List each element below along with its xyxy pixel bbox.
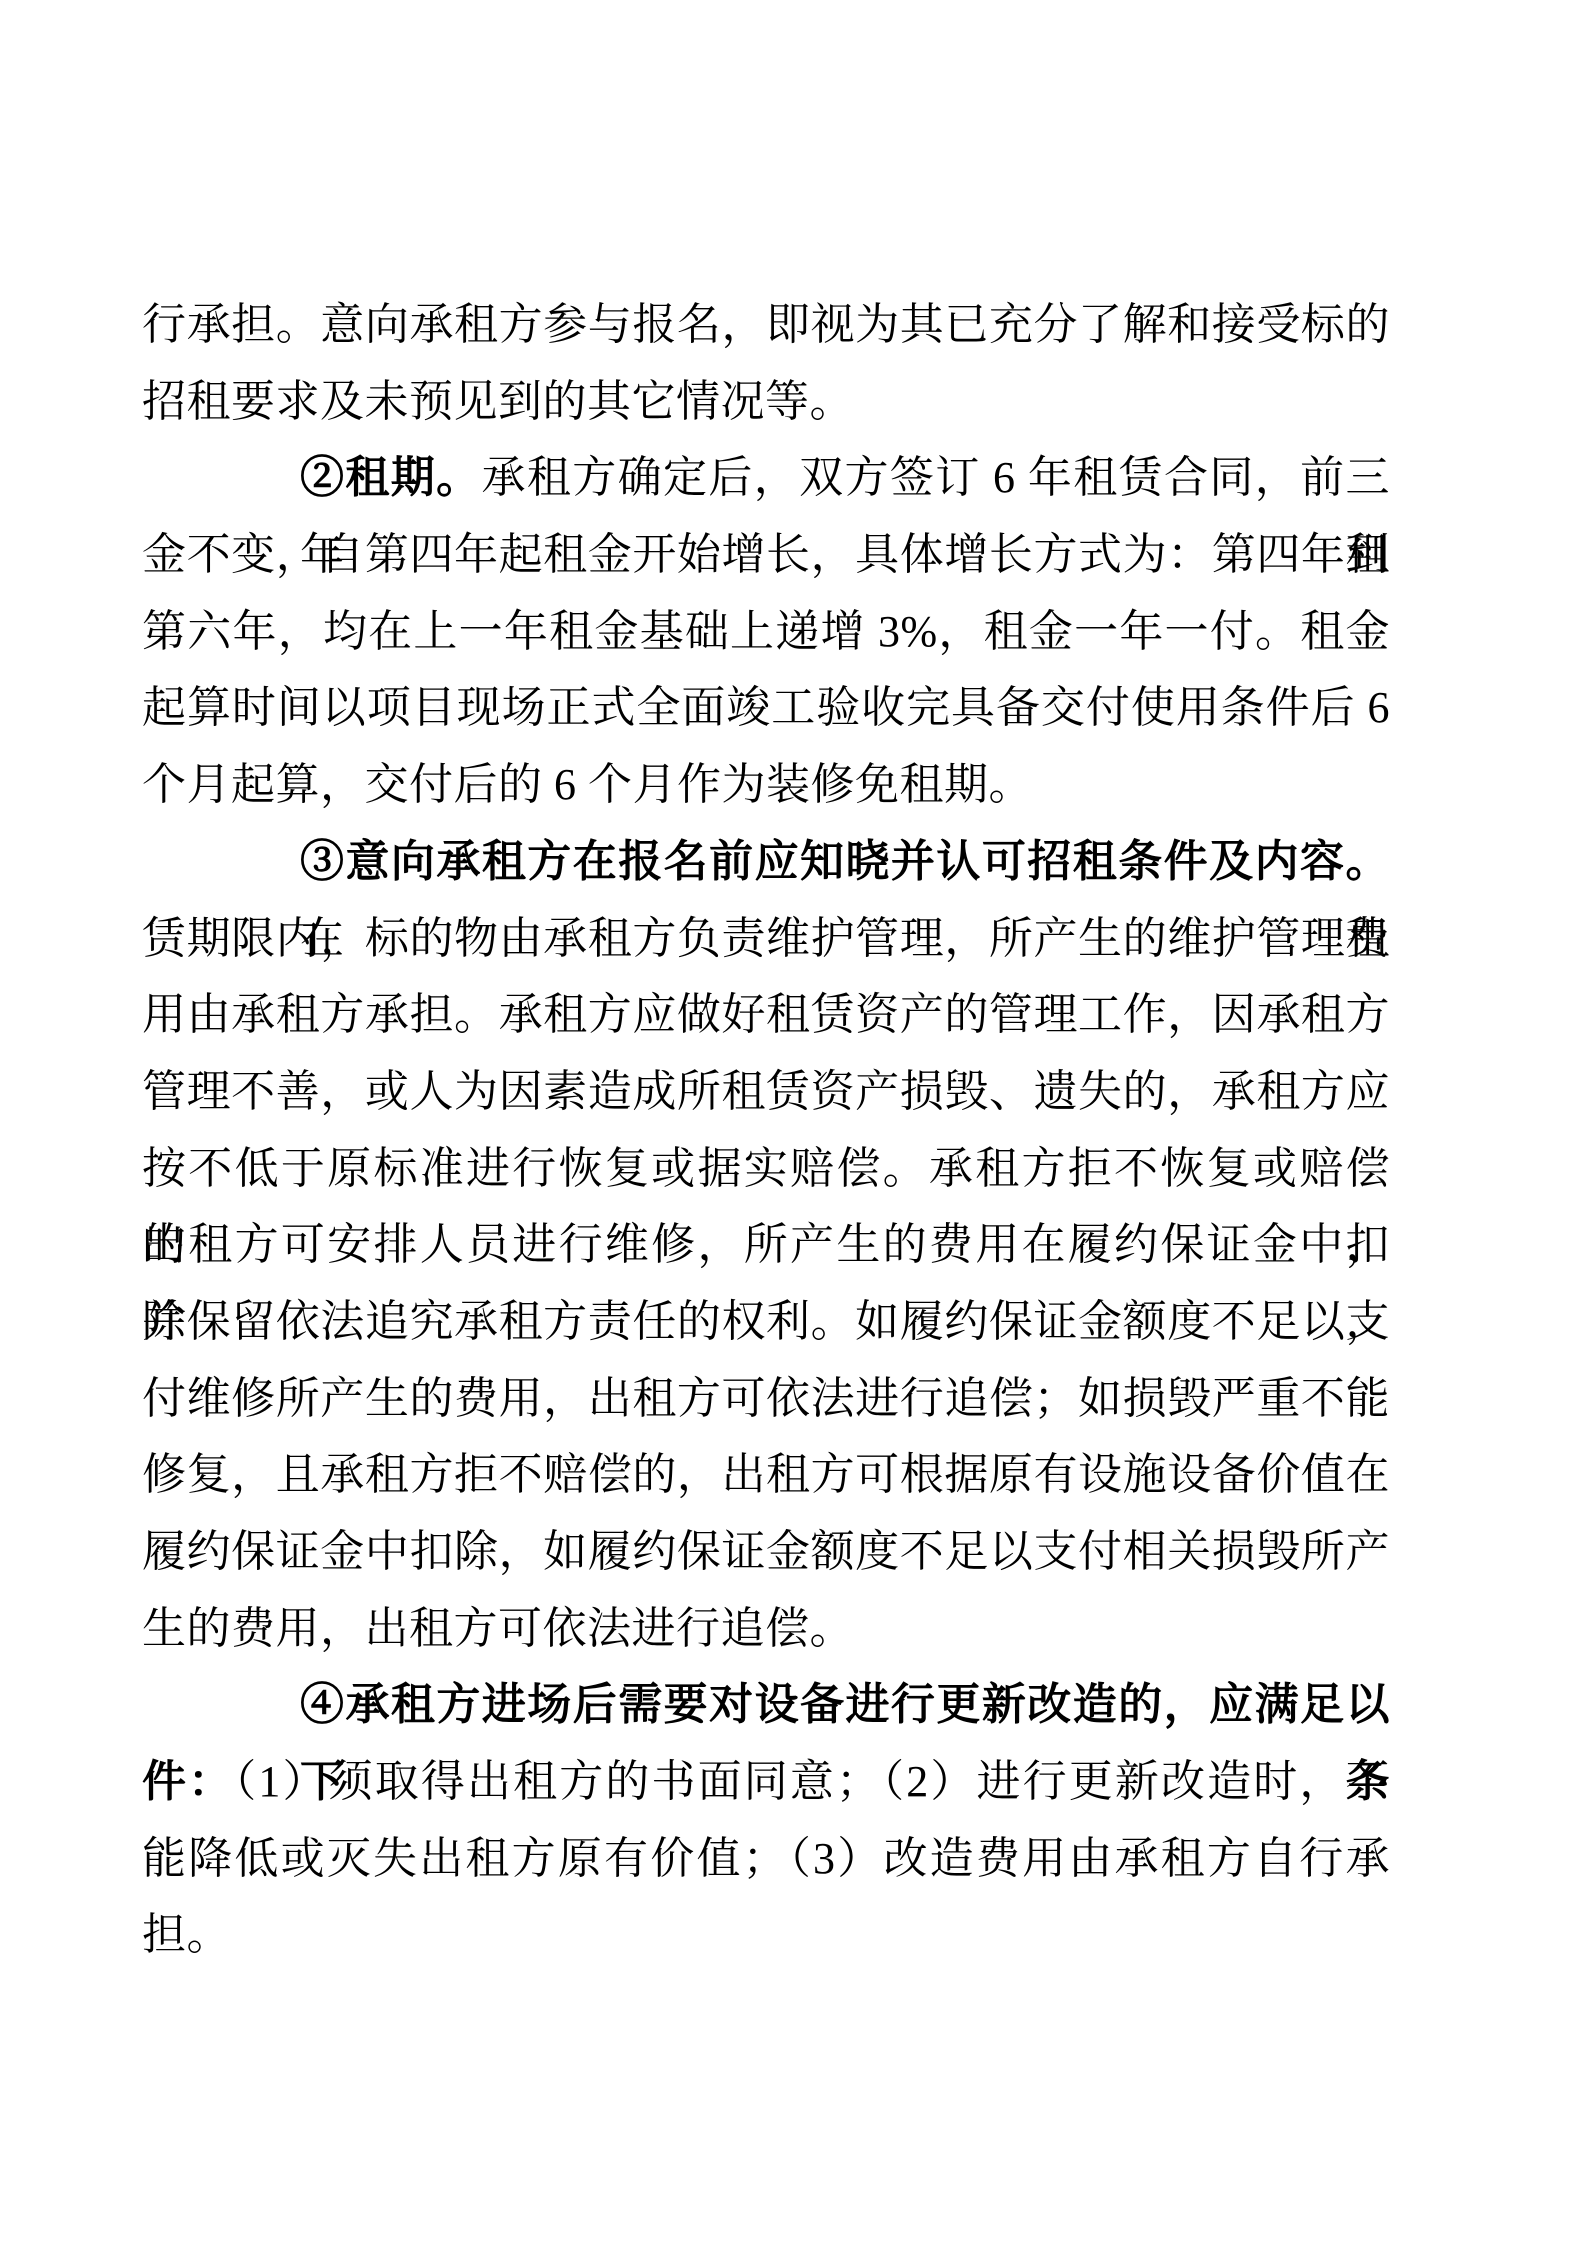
text-line: 修复，且承租方拒不赔偿的，出租方可根据原有设施设备价值在: [142, 1437, 1390, 1514]
text-segment: 行承担。意向承租方参与报名，即视为其已充分了解和接受标的: [142, 300, 1390, 349]
text-line: 履约保证金中扣除，如履约保证金额度不足以支付相关损毁所产: [142, 1514, 1390, 1591]
text-segment: 用由承租方承担。承租方应做好租赁资产的管理工作，因承租方: [142, 990, 1390, 1039]
text-line: 按不低于原标准进行恢复或据实赔偿。承租方拒不恢复或赔偿的，: [142, 1131, 1390, 1208]
paragraph: ④承租方进场后需要对设备进行更新改造的，应满足以下条件：（1）须取得出租方的书面…: [142, 1667, 1390, 1974]
text-segment: 管理不善，或人为因素造成所租赁资产损毁、遗失的，承租方应: [142, 1067, 1390, 1116]
text-segment: 履约保证金中扣除，如履约保证金额度不足以支付相关损毁所产: [142, 1527, 1390, 1576]
text-line: 能降低或灭失出租方原有价值；（3）改造费用由承租方自行承: [142, 1821, 1390, 1898]
text-line: 担。: [142, 1897, 1390, 1974]
text-segment: 生的费用，出租方可依法进行追偿。: [142, 1604, 854, 1653]
text-line: 用由承租方承担。承租方应做好租赁资产的管理工作，因承租方: [142, 977, 1390, 1054]
text-segment: 个月起算，交付后的 6 个月作为装修免租期。: [142, 760, 1033, 809]
text-line: 付维修所产生的费用，出租方可依法进行追偿；如损毁严重不能: [142, 1361, 1390, 1438]
text-segment: 并保留依法追究承租方责任的权利。如履约保证金额度不足以支: [142, 1297, 1390, 1346]
text-line: 出租方可安排人员进行维修，所产生的费用在履约保证金中扣除，: [142, 1207, 1390, 1284]
text-line: ②租期。承租方确定后，双方签订 6 年租赁合同，前三年租: [142, 440, 1390, 517]
text-segment: 第六年，均在上一年租金基础上递增 3%，租金一年一付。租金: [142, 607, 1390, 656]
text-segment: 修复，且承租方拒不赔偿的，出租方可根据原有设施设备价值在: [142, 1450, 1390, 1499]
text-segment: 金不变，自第四年起租金开始增长，具体增长方式为：第四年到: [142, 530, 1390, 579]
text-segment: 赁期限内，标的物由承租方负责维护管理，所产生的维护管理费: [142, 914, 1390, 963]
text-line: 金不变，自第四年起租金开始增长，具体增长方式为：第四年到: [142, 517, 1390, 594]
bold-text-segment: ③意向承租方在报名前应知晓并认可招租条件及内容。: [300, 837, 1390, 886]
bold-text-segment: 件：: [142, 1757, 234, 1806]
text-segment: （1）须取得出租方的书面同意；（2）进行更新改造时，不: [234, 1757, 1390, 1806]
bold-text-segment: ②租期。: [300, 453, 482, 502]
text-line: 第六年，均在上一年租金基础上递增 3%，租金一年一付。租金: [142, 594, 1390, 671]
text-line: 招租要求及未预见到的其它情况等。: [142, 364, 1390, 441]
text-line: 个月起算，交付后的 6 个月作为装修免租期。: [142, 747, 1390, 824]
text-line: ④承租方进场后需要对设备进行更新改造的，应满足以下条: [142, 1667, 1390, 1744]
text-segment: 付维修所产生的费用，出租方可依法进行追偿；如损毁严重不能: [142, 1374, 1390, 1423]
text-segment: 能降低或灭失出租方原有价值；（3）改造费用由承租方自行承: [142, 1834, 1390, 1883]
paragraph: ②租期。承租方确定后，双方签订 6 年租赁合同，前三年租金不变，自第四年起租金开…: [142, 440, 1390, 823]
text-line: 赁期限内，标的物由承租方负责维护管理，所产生的维护管理费: [142, 901, 1390, 978]
document-content: 行承担。意向承租方参与报名，即视为其已充分了解和接受标的招租要求及未预见到的其它…: [142, 287, 1390, 1974]
paragraph: 行承担。意向承租方参与报名，即视为其已充分了解和接受标的招租要求及未预见到的其它…: [142, 287, 1390, 440]
text-line: 件：（1）须取得出租方的书面同意；（2）进行更新改造时，不: [142, 1744, 1390, 1821]
document-page: 行承担。意向承租方参与报名，即视为其已充分了解和接受标的招租要求及未预见到的其它…: [0, 0, 1587, 2245]
text-line: 行承担。意向承租方参与报名，即视为其已充分了解和接受标的: [142, 287, 1390, 364]
paragraph: ③意向承租方在报名前应知晓并认可招租条件及内容。在租赁期限内，标的物由承租方负责…: [142, 824, 1390, 1668]
text-segment: 招租要求及未预见到的其它情况等。: [142, 377, 854, 426]
text-line: 起算时间以项目现场正式全面竣工验收完具备交付使用条件后 6: [142, 670, 1390, 747]
text-segment: 担。: [142, 1910, 231, 1959]
text-line: ③意向承租方在报名前应知晓并认可招租条件及内容。在租: [142, 824, 1390, 901]
text-segment: 起算时间以项目现场正式全面竣工验收完具备交付使用条件后 6: [142, 683, 1390, 732]
text-line: 并保留依法追究承租方责任的权利。如履约保证金额度不足以支: [142, 1284, 1390, 1361]
text-line: 生的费用，出租方可依法进行追偿。: [142, 1591, 1390, 1668]
text-line: 管理不善，或人为因素造成所租赁资产损毁、遗失的，承租方应: [142, 1054, 1390, 1131]
